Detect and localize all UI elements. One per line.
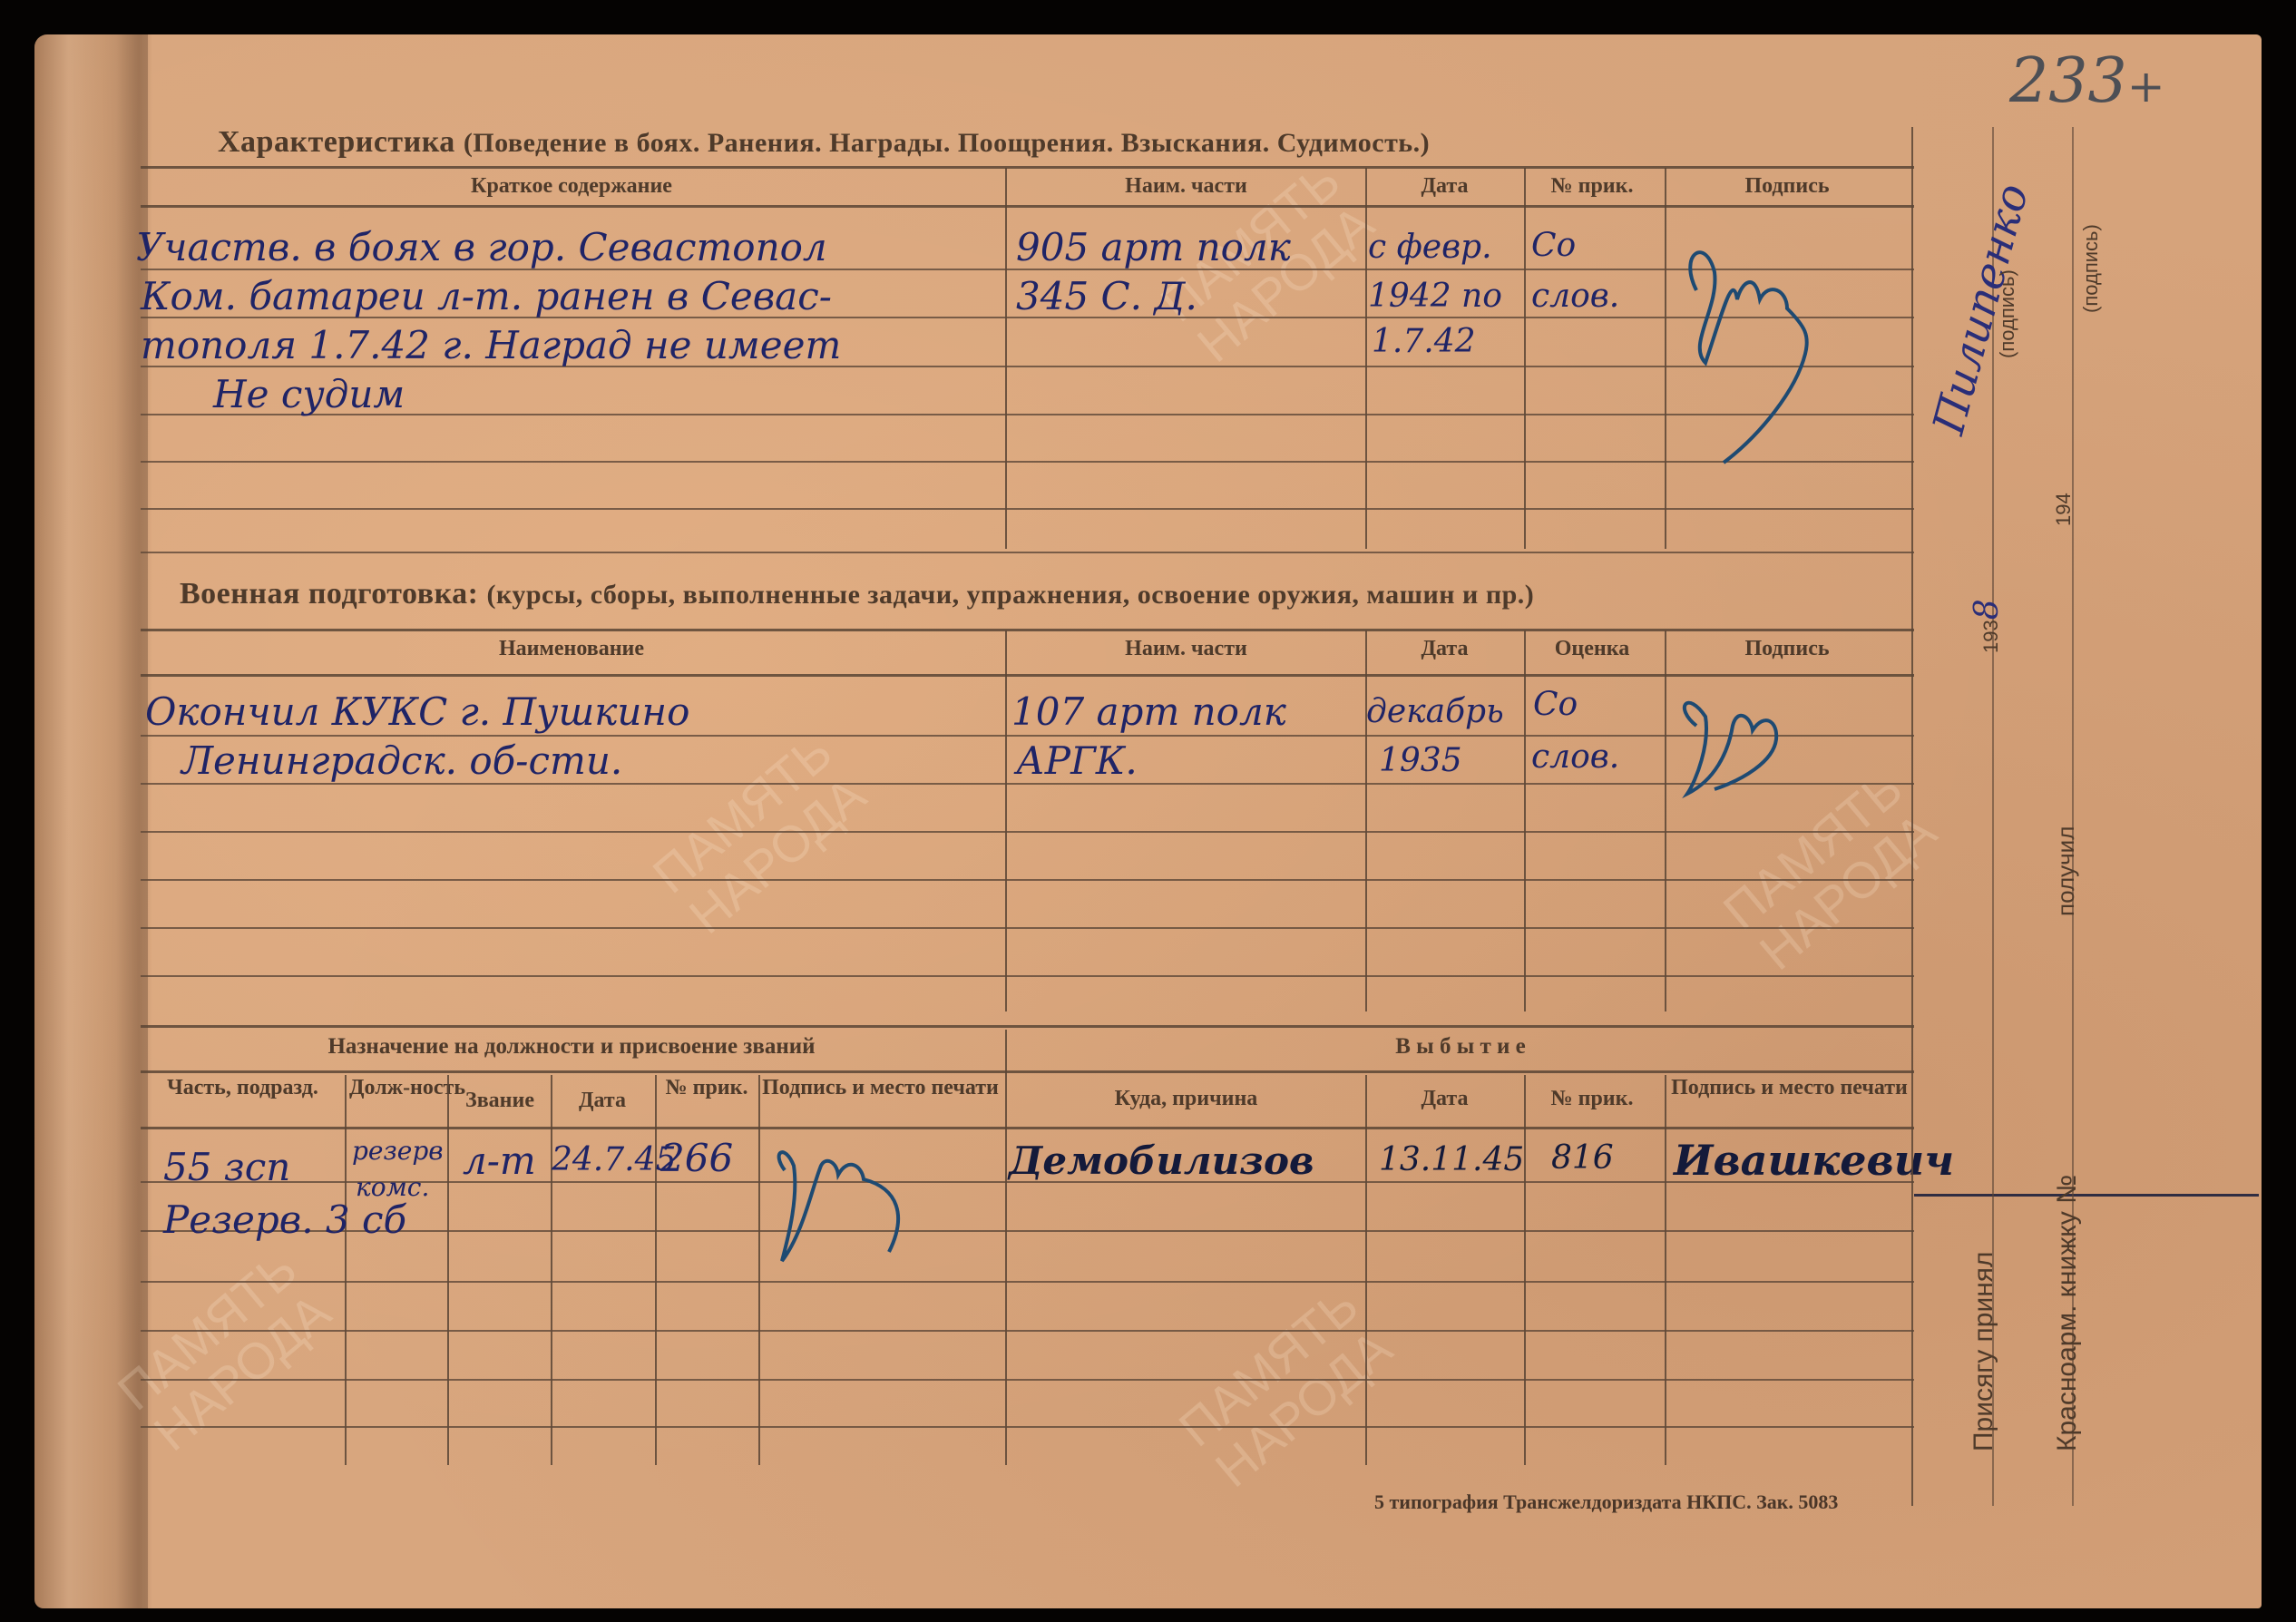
signature-label-2: (подпись) xyxy=(2079,224,2103,313)
departure-title: В ы б ы т и е xyxy=(1007,1034,1914,1060)
column-divider xyxy=(1665,630,1666,1011)
ruled-line xyxy=(141,461,1914,463)
training-unit-line-1: 107 арт полк xyxy=(1011,689,1286,734)
column-divider xyxy=(1665,168,1666,549)
col-header-order: № прик. xyxy=(1524,1087,1660,1111)
ruled-line xyxy=(141,1230,1914,1232)
training-grade-line-2: слов. xyxy=(1531,738,1619,776)
appointment-unit-line-2: Резерв. 3 сб xyxy=(163,1197,406,1242)
ruled-line xyxy=(141,1426,1914,1428)
unit-line-2: 345 С. Д. xyxy=(1016,274,1197,318)
col-header-unit: Наим. части xyxy=(1007,637,1365,661)
appointments-title: Назначение на должности и присвоение зва… xyxy=(141,1034,1002,1060)
date-line-1: с февр. xyxy=(1368,229,1492,266)
oath-label: Присягу принял xyxy=(1969,1251,1999,1451)
divider xyxy=(141,1127,1914,1129)
divider xyxy=(141,166,1914,169)
characteristic-line-2: Ком. батареи л-т. ранен в Севас- xyxy=(141,274,832,318)
divider xyxy=(141,1025,1914,1028)
col-header-signature: Подпись xyxy=(1665,637,1910,661)
col-header-order: № прик. xyxy=(1524,174,1660,199)
training-title: Военная подготовка: xyxy=(180,577,478,611)
characteristic-heading: Характеристика (Поведение в боях. Ранени… xyxy=(218,125,1430,160)
date-line-3: 1.7.42 xyxy=(1372,323,1476,360)
appointment-unit-line-1: 55 зсп xyxy=(163,1145,290,1189)
col-header-position: Долж-ность xyxy=(349,1076,449,1099)
characteristic-line-3: тополя 1.7.42 г. Наград не имеет xyxy=(141,323,841,367)
column-divider xyxy=(655,1075,657,1465)
ruled-line xyxy=(141,975,1914,977)
characteristic-subtitle: (Поведение в боях. Ранения. Награды. Поо… xyxy=(464,128,1430,158)
appointment-rank: л-т xyxy=(463,1138,536,1183)
departure-destination: Демобилизов xyxy=(1009,1138,1314,1183)
red-army-book-label: Красноарм. книжку № xyxy=(2052,1175,2083,1451)
col-header-signature: Подпись xyxy=(1665,174,1910,199)
column-divider xyxy=(1524,630,1526,1011)
corner-number: 233+ xyxy=(2009,45,2165,117)
departure-order: 816 xyxy=(1551,1139,1614,1177)
training-name-line-1: Окончил КУКС г. Пушкино xyxy=(145,689,689,734)
signature-icon xyxy=(1669,671,1851,807)
appointment-position-line-1: резерв xyxy=(352,1136,444,1166)
column-divider xyxy=(1005,1030,1007,1465)
training-date-line-1: декабрь xyxy=(1366,693,1504,730)
appointment-position-line-2: комс. xyxy=(356,1172,429,1202)
ruled-line xyxy=(141,783,1914,785)
divider xyxy=(141,1070,1914,1073)
ruled-line xyxy=(141,1379,1914,1381)
col-header-unit: Часть, подразд. xyxy=(141,1076,345,1099)
date-line-2: 1942 по xyxy=(1368,278,1502,315)
signature-icon xyxy=(771,1134,953,1270)
col-header-name: Наименование xyxy=(141,637,1002,661)
appointment-order: 266 xyxy=(660,1136,733,1180)
col-header-order: № прик. xyxy=(657,1076,757,1099)
col-header-unit: Наим. части xyxy=(1007,174,1365,199)
divider xyxy=(141,629,1914,631)
training-subtitle: (курсы, сборы, выполненные задачи, упраж… xyxy=(486,580,1534,610)
strip-divider xyxy=(1911,127,1913,1506)
column-divider xyxy=(1524,1075,1526,1465)
ruled-line xyxy=(141,879,1914,881)
printer-imprint: 5 типография Трансжелдориздата НКПС. Зак… xyxy=(1374,1490,1838,1514)
training-name-line-2: Ленинградск. об-сти. xyxy=(181,738,622,783)
column-divider xyxy=(1005,630,1007,1011)
ruled-line xyxy=(141,552,1914,553)
col-header-date: Дата xyxy=(1365,637,1524,661)
training-grade-line-1: Со xyxy=(1533,686,1578,723)
year-printed-1: 1938 xyxy=(1969,599,2006,653)
received-label: получил xyxy=(2052,826,2080,916)
col-header-date: Дата xyxy=(1365,174,1524,199)
col-header-destination: Куда, причина xyxy=(1007,1087,1365,1111)
order-line-2: слов. xyxy=(1531,278,1619,315)
col-header-rank: Звание xyxy=(451,1089,549,1113)
column-divider xyxy=(1665,1075,1666,1465)
training-date-line-2: 1935 xyxy=(1379,742,1462,779)
unit-line-1: 905 арт полк xyxy=(1016,225,1291,269)
col-header-stamp: Подпись и место печати xyxy=(760,1076,1001,1099)
ruled-line xyxy=(141,1281,1914,1283)
column-divider xyxy=(1524,168,1526,549)
column-divider xyxy=(1005,168,1007,549)
column-divider xyxy=(758,1075,760,1465)
column-divider xyxy=(345,1075,347,1465)
characteristic-line-4: Не судим xyxy=(213,372,405,416)
order-line-1: Со xyxy=(1531,227,1576,264)
divider xyxy=(141,205,1914,208)
divider xyxy=(141,674,1914,677)
column-divider xyxy=(1365,168,1367,549)
column-divider xyxy=(551,1075,552,1465)
ruled-line xyxy=(141,735,1914,737)
col-header-date: Дата xyxy=(1365,1087,1524,1111)
ruled-line xyxy=(141,927,1914,929)
ruled-line xyxy=(141,414,1914,415)
col-header-grade: Оценка xyxy=(1524,637,1660,661)
appointment-date: 24.7.45 xyxy=(552,1141,676,1178)
signature-icon xyxy=(1669,200,1905,472)
departure-date: 13.11.45 xyxy=(1379,1141,1524,1178)
ruled-line xyxy=(141,1330,1914,1332)
col-header-date: Дата xyxy=(552,1089,653,1113)
signature-underline xyxy=(1914,1194,2259,1197)
training-heading: Военная подготовка: (курсы, сборы, выпол… xyxy=(180,577,1534,611)
ruled-line xyxy=(141,508,1914,510)
ruled-line xyxy=(141,831,1914,833)
characteristic-title: Характеристика xyxy=(218,125,455,159)
characteristic-line-1: Участв. в боях в гор. Севастопол xyxy=(136,225,827,269)
col-header-summary: Краткое содержание xyxy=(141,174,1002,199)
document-card xyxy=(34,34,2262,1608)
training-unit-line-2: АРГК. xyxy=(1016,738,1138,783)
col-header-stamp: Подпись и место печати xyxy=(1665,1076,1914,1099)
folded-edge xyxy=(34,34,148,1608)
column-divider xyxy=(447,1075,449,1465)
column-divider xyxy=(1365,1075,1367,1465)
column-divider xyxy=(1365,630,1367,1011)
year-printed-2: 194 xyxy=(2052,493,2076,526)
signature-label-1: (подпись) xyxy=(1996,269,2019,358)
